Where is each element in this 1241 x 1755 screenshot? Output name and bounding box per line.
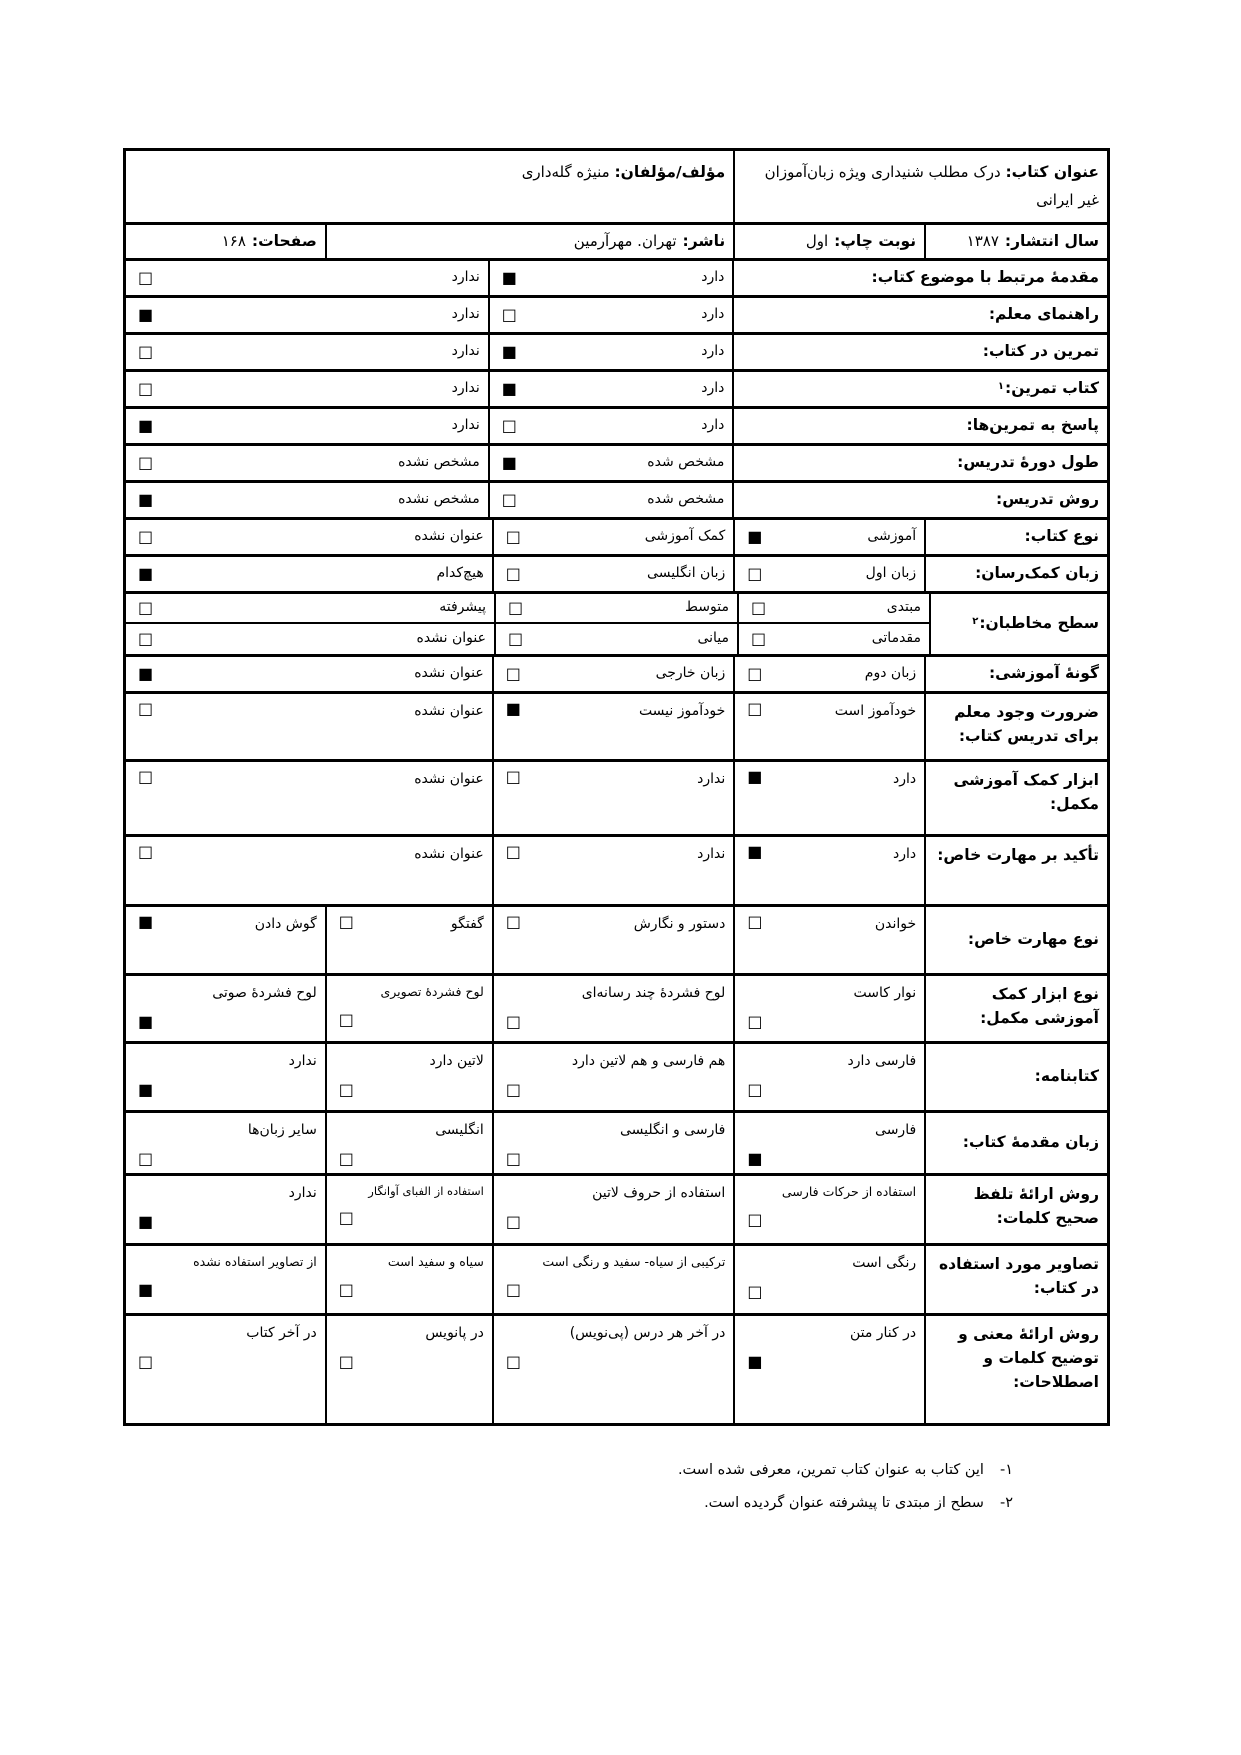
option-cell: مشخص نشده□ [126,446,488,480]
row-label: زبان کمک‌رسان: [924,557,1107,591]
row-label: تمرین در کتاب: [732,335,1107,369]
row-label-text: نوع ابزار کمک آموزشی مکمل: [930,982,1099,1030]
checkbox: □ [502,418,517,434]
option-label: نوار کاست [854,983,917,1003]
publisher-label: ناشر: [683,232,726,250]
option-cell: خودآموز نیست■ [492,694,734,759]
option-label: ندارد [452,267,480,287]
checkbox: □ [502,307,517,323]
option-cell: سیاه و سفید است□ [325,1246,492,1313]
option-label: لوح فشردهٔ تصویری [380,983,483,1001]
row-label: روش تدریس: [732,483,1107,517]
option-cell: گوش دادن■ [126,907,325,973]
option-label: در پانویس [425,1323,483,1343]
option-cell: استفاده از حروف لاتین□ [492,1176,734,1243]
row-label: نوع ابزار کمک آموزشی مکمل: [924,976,1107,1041]
checkbox: □ [747,566,762,582]
option-label: عنوان نشده [414,526,484,546]
row-label: راهنمای معلم: [732,298,1107,332]
checkbox: □ [138,529,153,545]
option-label: مشخص نشده [398,452,480,472]
row-label-text: زبان مقدمهٔ کتاب: [963,1130,1099,1154]
row-label-text: سطح مخاطبان: [979,611,1099,635]
option-cell: متوسط□ [494,594,737,622]
checkbox: ■ [138,418,153,434]
row-exercises-in-book: تمرین در کتاب: دارد■ ندارد□ [126,335,1107,372]
row-label: کتابنامه: [924,1044,1107,1110]
row-label-text: گونهٔ آموزشی: [989,661,1099,685]
option-label: عنوان نشده [414,663,484,683]
option-label: خودآموز است [835,701,916,721]
checkbox: □ [747,666,762,682]
option-label: عنوان نشده [414,769,484,789]
option-label: ندارد [452,304,480,324]
option-label: فارسی [875,1120,916,1140]
option-label: گوش دادن [255,914,317,934]
row-skill-type: نوع مهارت خاص: خواندن□ دستور و نگارش□ گف… [126,907,1107,976]
footnote-ref-1: ۱ [998,379,1004,395]
row-label: روش ارائهٔ معنی و توضیح کلمات و اصطلاحات… [924,1316,1107,1423]
row-teacher-necessity: ضرورت وجود معلم برای تدریس کتاب: خودآموز… [126,694,1107,762]
edition-cell: نوبت چاپ: اول [733,225,924,258]
option-label: انگلیسی [435,1120,484,1140]
author-cell: مؤلف/مؤلفان: منیژه گله‌داری [126,151,733,222]
row-publication-info: سال انتشار: ۱۳۸۷ نوبت چاپ: اول ناشر: تهر… [126,225,1107,261]
pages-cell: صفحات: ۱۶۸ [126,225,325,258]
year-value: ۱۳۸۷ [967,232,999,250]
checkbox: ■ [502,455,517,471]
checkbox: □ [138,769,153,785]
checkbox: □ [506,529,521,545]
edition-value: اول [806,232,828,250]
checkbox: □ [506,666,521,682]
row-label-text: روش ارائهٔ تلفظ صحیح کلمات: [930,1182,1099,1230]
checkbox: ■ [138,1214,153,1230]
option-cell: در آخر هر درس (پی‌نویس)□ [492,1316,734,1423]
checkbox: □ [747,1014,762,1030]
checkbox: □ [747,1284,762,1300]
option-cell: لوح فشردهٔ چند رسانه‌ای□ [492,976,734,1041]
row-intro-language: زبان مقدمهٔ کتاب: فارسی■ فارسی و انگلیسی… [126,1113,1107,1176]
option-label: استفاده از حرکات فارسی [782,1183,916,1201]
option-cell: زبان انگلیسی□ [492,557,734,591]
option-cell: میانی□ [494,624,737,654]
option-label: زبان انگلیسی [647,563,725,583]
checkbox: □ [138,1354,153,1370]
row-audience-level: سطح مخاطبان:۲ مبتدی□ متوسط□ پیشرفته□ مقد… [126,594,1107,657]
book-title-cell: عنوان کتاب: درک مطلب شنیداری ویژه زبان‌آ… [733,151,1107,222]
row-workbook: کتاب تمرین:۱ دارد■ ندارد□ [126,372,1107,409]
option-label: زبان دوم [865,663,916,683]
option-cell: عنوان نشده■ [126,657,492,691]
option-cell: ندارد□ [492,837,734,904]
row-educational-variety: گونهٔ آموزشی: زبان دوم□ زبان خارجی□ عنوا… [126,657,1107,694]
option-label: ندارد [452,378,480,398]
row-teaching-aid: ابزار کمک آموزشی مکمل: دارد■ ندارد□ عنوا… [126,762,1107,837]
checkbox: □ [339,1151,354,1167]
checkbox: □ [138,455,153,471]
option-label: مقدماتی [872,628,921,648]
option-cell: دارد■ [488,261,733,295]
row-book-type: نوع کتاب: آموزشی■ کمک آموزشی□ عنوان نشده… [126,520,1107,557]
option-label: ترکیبی از سیاه- سفید و رنگی است [542,1253,725,1271]
option-cell: هیچ‌کدام■ [126,557,492,591]
row-label-text: طول دورهٔ تدریس: [957,450,1099,474]
option-label: فارسی دارد [847,1051,916,1071]
option-cell: ندارد□ [126,335,488,369]
year-label: سال انتشار: [1005,232,1099,250]
option-cell: زبان خارجی□ [492,657,734,691]
document-page: عنوان کتاب: درک مطلب شنیداری ویژه زبان‌آ… [0,0,1241,1520]
row-teacher-guide: راهنمای معلم: دارد□ ندارد■ [126,298,1107,335]
checkbox: ■ [502,381,517,397]
row-label: طول دورهٔ تدریس: [732,446,1107,480]
row-skill-emphasis: تأکید بر مهارت خاص: دارد■ ندارد□ عنوان ن… [126,837,1107,907]
row-aid-tool-type: نوع ابزار کمک آموزشی مکمل: نوار کاست□ لو… [126,976,1107,1044]
option-label: عنوان نشده [414,701,484,721]
option-label: میانی [697,628,729,648]
option-label: مشخص شده [647,452,724,472]
option-label: دارد [701,341,724,361]
row-label-text: مقدمهٔ مرتبط با موضوع کتاب: [872,265,1099,289]
checkbox: □ [502,492,517,508]
footnote-marker: ۱- [1000,1454,1013,1487]
checkbox: ■ [502,344,517,360]
row-meaning-method: روش ارائهٔ معنی و توضیح کلمات و اصطلاحات… [126,1316,1107,1423]
option-label: ندارد [452,415,480,435]
option-cell: مشخص شده■ [488,446,733,480]
row-label-text: نوع مهارت خاص: [968,927,1099,951]
row-images-used: تصاویر مورد استفاده در کتاب: رنگی است□ ت… [126,1246,1107,1316]
option-label: دارد [701,415,724,435]
checkbox: □ [751,600,766,616]
row-label-text: کتابنامه: [1035,1064,1099,1088]
option-label: سیاه و سفید است [388,1253,484,1271]
option-label: دارد [701,304,724,324]
option-cell: ندارد□ [126,261,488,295]
checkbox: □ [339,1082,354,1098]
row-label-text: کتاب تمرین: [1005,376,1099,400]
row-label-text: تصاویر مورد استفاده در کتاب: [930,1252,1099,1300]
option-cell: لاتین دارد□ [325,1044,492,1110]
option-cell: خودآموز است□ [733,694,924,759]
checkbox: ■ [138,666,153,682]
row-label: تأکید بر مهارت خاص: [924,837,1107,904]
option-label: دارد [893,769,916,789]
audience-level-subrow-1: مبتدی□ متوسط□ پیشرفته□ [126,594,929,624]
option-label: دستور و نگارش [634,914,726,934]
option-cell: فارسی و انگلیسی□ [492,1113,734,1173]
checkbox: □ [747,914,762,930]
row-label: تصاویر مورد استفاده در کتاب: [924,1246,1107,1313]
option-cell: مبتدی□ [737,594,929,622]
pages-label: صفحات: [252,232,317,250]
option-label: ندارد [697,844,725,864]
checkbox: □ [506,769,521,785]
option-label: متوسط [685,597,729,617]
option-label: عنوان نشده [416,628,486,648]
option-label: هم فارسی و هم لاتین دارد [572,1051,725,1071]
checkbox: □ [506,1214,521,1230]
option-label: خواندن [875,914,916,934]
option-label: زبان خارجی [656,663,726,683]
option-label: پیشرفته [439,597,486,617]
option-cell: در پانویس□ [325,1316,492,1423]
footnote-1: ۱- این کتاب به عنوان کتاب تمرین، معرفی ش… [0,1454,1013,1487]
row-intro: مقدمهٔ مرتبط با موضوع کتاب: دارد■ ندارد□ [126,261,1107,298]
option-label: رنگی است [852,1253,916,1273]
footnotes: ۱- این کتاب به عنوان کتاب تمرین، معرفی ش… [0,1454,1013,1521]
row-label-text: تأکید بر مهارت خاص: [937,843,1099,867]
checkbox: ■ [138,1082,153,1098]
option-label: لوح فشردهٔ صوتی [212,983,317,1003]
row-label-text: روش ارائهٔ معنی و توضیح کلمات و اصطلاحات… [930,1322,1099,1394]
checkbox: □ [506,566,521,582]
row-label: زبان مقدمهٔ کتاب: [924,1113,1107,1173]
option-cell: عنوان نشده□ [126,624,494,654]
checkbox: □ [138,844,153,860]
checkbox: □ [138,701,153,717]
option-cell: خواندن□ [733,907,924,973]
option-cell: آموزشی■ [733,520,924,554]
checkbox: ■ [138,1014,153,1030]
option-label: ندارد [289,1051,317,1071]
edition-label: نوبت چاپ: [834,232,916,250]
row-label: ضرورت وجود معلم برای تدریس کتاب: [924,694,1107,759]
author-value: منیژه گله‌داری [522,163,610,181]
footnote-text: این کتاب به عنوان کتاب تمرین، معرفی شده … [678,1454,984,1487]
checkbox: □ [138,631,153,647]
footnote-text: سطح از مبتدی تا پیشرفته عنوان گردیده است… [704,1487,984,1520]
checkbox: ■ [747,844,762,860]
checkbox: □ [138,1151,153,1167]
option-cell: هم فارسی و هم لاتین دارد□ [492,1044,734,1110]
option-label: در آخر هر درس (پی‌نویس) [570,1323,726,1343]
checkbox: □ [747,1212,762,1228]
option-label: لوح فشردهٔ چند رسانه‌ای [582,983,726,1003]
option-cell: عنوان نشده□ [126,837,492,904]
option-label: مشخص نشده [398,489,480,509]
row-answer-key: پاسخ به تمرین‌ها: دارد□ ندارد■ [126,409,1107,446]
option-cell: سایر زبان‌ها□ [126,1113,325,1173]
checkbox: □ [138,344,153,360]
row-label: نوع مهارت خاص: [924,907,1107,973]
row-label: پاسخ به تمرین‌ها: [732,409,1107,443]
option-cell: ترکیبی از سیاه- سفید و رنگی است□ [492,1246,734,1313]
row-label-text: روش تدریس: [996,487,1099,511]
row-label-text: تمرین در کتاب: [983,339,1099,363]
option-label: ندارد [452,341,480,361]
checkbox: ■ [138,566,153,582]
checkbox: □ [506,1082,521,1098]
option-cell: ندارد□ [492,762,734,834]
publisher-value: تهران. مهرآرمین [574,232,677,250]
row-label-text: ابزار کمک آموزشی مکمل: [930,768,1099,816]
checkbox: ■ [138,492,153,508]
option-label: عنوان نشده [414,844,484,864]
option-cell: دارد■ [488,335,733,369]
option-cell: ندارد□ [126,372,488,406]
option-cell: زبان دوم□ [733,657,924,691]
checkbox: □ [138,270,153,286]
pages-value: ۱۶۸ [222,232,246,250]
checkbox: □ [506,914,521,930]
checkbox: □ [506,1151,521,1167]
option-cell: استفاده از حرکات فارسی□ [733,1176,924,1243]
option-label: ندارد [289,1183,317,1203]
option-cell: لوح فشردهٔ صوتی■ [126,976,325,1041]
row-label: روش ارائهٔ تلفظ صحیح کلمات: [924,1176,1107,1243]
checkbox: ■ [747,769,762,785]
option-cell: گفتگو□ [325,907,492,973]
option-cell: دارد□ [488,409,733,443]
checkbox: ■ [138,914,153,930]
checkbox: ■ [138,1282,153,1298]
option-cell: فارسی دارد□ [733,1044,924,1110]
option-label: ندارد [697,769,725,789]
audience-level-options: مبتدی□ متوسط□ پیشرفته□ مقدماتی□ میانی□ ع… [126,594,929,654]
option-label: دارد [893,844,916,864]
checkbox: □ [339,1012,354,1028]
option-cell: نوار کاست□ [733,976,924,1041]
row-label: مقدمهٔ مرتبط با موضوع کتاب: [732,261,1107,295]
option-label: هیچ‌کدام [436,563,483,583]
checkbox: □ [506,1282,521,1298]
option-cell: ندارد■ [126,1176,325,1243]
checkbox: ■ [138,307,153,323]
row-label: کتاب تمرین:۱ [732,372,1107,406]
option-label: گفتگو [451,914,484,934]
option-label: کمک آموزشی [645,526,726,546]
option-cell: پیشرفته□ [126,594,494,622]
checkbox: □ [747,701,762,717]
year-cell: سال انتشار: ۱۳۸۷ [924,225,1107,258]
row-label-text: زبان کمک‌رسان: [975,561,1099,585]
checkbox: □ [339,1282,354,1298]
option-cell: در آخر کتاب□ [126,1316,325,1423]
option-label: خودآموز نیست [639,701,725,721]
option-cell: عنوان نشده□ [126,694,492,759]
checkbox: □ [138,381,153,397]
checkbox: □ [747,1082,762,1098]
row-label: ابزار کمک آموزشی مکمل: [924,762,1107,834]
option-cell: مشخص نشده■ [126,483,488,517]
footnote-2: ۲- سطح از مبتدی تا پیشرفته عنوان گردیده … [0,1487,1013,1520]
row-label: گونهٔ آموزشی: [924,657,1107,691]
option-cell: مقدماتی□ [737,624,929,654]
option-cell: زبان اول□ [733,557,924,591]
option-label: لاتین دارد [429,1051,483,1071]
row-course-length: طول دورهٔ تدریس: مشخص شده■ مشخص نشده□ [126,446,1107,483]
row-label: نوع کتاب: [924,520,1107,554]
option-label: مشخص شده [647,489,724,509]
option-cell: دستور و نگارش□ [492,907,734,973]
option-cell: عنوان نشده□ [126,762,492,834]
checkbox: □ [508,631,523,647]
publisher-cell: ناشر: تهران. مهرآرمین [325,225,733,258]
checkbox: ■ [506,701,521,717]
checkbox: ■ [502,270,517,286]
row-helper-language: زبان کمک‌رسان: زبان اول□ زبان انگلیسی□ ه… [126,557,1107,594]
footnote-marker: ۲- [1000,1487,1013,1520]
checkbox: ■ [747,1354,762,1370]
option-label: سایر زبان‌ها [248,1120,317,1140]
option-cell: مشخص شده□ [488,483,733,517]
row-bibliography: کتابنامه: فارسی دارد□ هم فارسی و هم لاتی… [126,1044,1107,1113]
author-label: مؤلف/مؤلفان: [614,163,725,181]
option-label: استفاده از الفبای آوانگار [368,1183,484,1200]
row-title-author: عنوان کتاب: درک مطلب شنیداری ویژه زبان‌آ… [126,151,1107,225]
row-label-text: راهنمای معلم: [989,302,1099,326]
option-label: در کنار متن [850,1323,916,1343]
option-label: در آخر کتاب [246,1323,317,1343]
option-label: زبان اول [866,563,916,583]
checkbox: □ [339,914,354,930]
option-cell: انگلیسی□ [325,1113,492,1173]
option-cell: در کنار متن■ [733,1316,924,1423]
option-cell: فارسی■ [733,1113,924,1173]
checkbox: □ [506,844,521,860]
row-teaching-method: روش تدریس: مشخص شده□ مشخص نشده■ [126,483,1107,520]
audience-level-subrow-2: مقدماتی□ میانی□ عنوان نشده□ [126,624,929,654]
row-label-text: پاسخ به تمرین‌ها: [967,413,1099,437]
checkbox: ■ [747,529,762,545]
footnote-ref-2: ۲ [972,614,978,630]
option-cell: ندارد■ [126,409,488,443]
option-label: مبتدی [887,597,921,617]
option-cell: عنوان نشده□ [126,520,492,554]
book-evaluation-table: عنوان کتاب: درک مطلب شنیداری ویژه زبان‌آ… [123,148,1110,1426]
checkbox: □ [506,1354,521,1370]
option-cell: رنگی است□ [733,1246,924,1313]
row-label-text: ضرورت وجود معلم برای تدریس کتاب: [930,700,1099,748]
row-pronunciation-method: روش ارائهٔ تلفظ صحیح کلمات: استفاده از ح… [126,1176,1107,1246]
option-label: دارد [701,378,724,398]
row-label: سطح مخاطبان:۲ [929,594,1107,654]
option-label: فارسی و انگلیسی [620,1120,725,1140]
option-cell: استفاده از الفبای آوانگار□ [325,1176,492,1243]
book-title-label: عنوان کتاب: [1005,163,1099,181]
option-label: آموزشی [867,526,916,546]
checkbox: □ [751,631,766,647]
option-cell: دارد■ [733,837,924,904]
option-cell: ندارد■ [126,298,488,332]
option-cell: از تصاویر استفاده نشده■ [126,1246,325,1313]
checkbox: □ [138,600,153,616]
checkbox: □ [506,1014,521,1030]
option-cell: دارد□ [488,298,733,332]
checkbox: ■ [747,1151,762,1167]
option-cell: ندارد■ [126,1044,325,1110]
option-cell: دارد■ [488,372,733,406]
option-cell: دارد■ [733,762,924,834]
option-cell: لوح فشردهٔ تصویری□ [325,976,492,1041]
checkbox: □ [508,600,523,616]
option-label: استفاده از حروف لاتین [592,1183,725,1203]
option-label: از تصاویر استفاده نشده [193,1253,317,1271]
checkbox: □ [339,1354,354,1370]
row-label-text: نوع کتاب: [1025,524,1099,548]
checkbox: □ [339,1210,354,1226]
option-cell: کمک آموزشی□ [492,520,734,554]
option-label: دارد [701,267,724,287]
